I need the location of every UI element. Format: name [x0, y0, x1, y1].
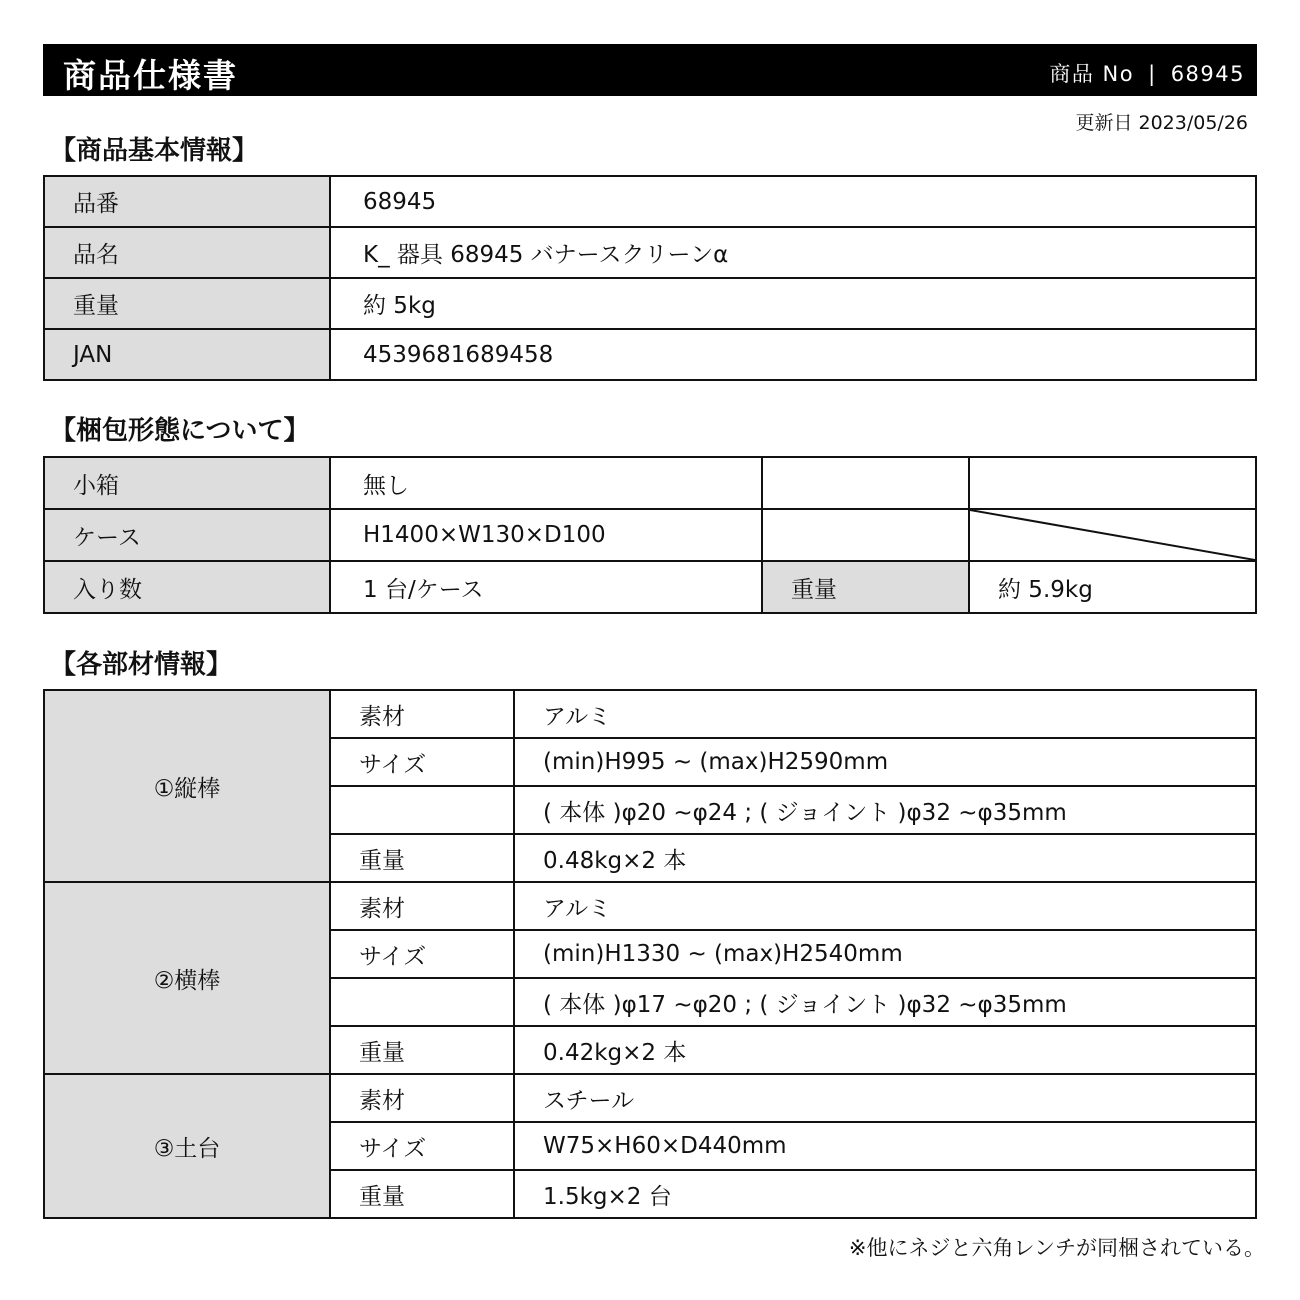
attr-label-cell: サイズ: [330, 738, 514, 786]
attr-label-cell: サイズ: [330, 1122, 514, 1170]
value-cell-weight: 約 5.9kg: [969, 561, 1256, 613]
table-row: ①縦棒 素材 アルミ: [44, 690, 1256, 738]
attr-value-cell: (min)H995 ~ (max)H2590mm: [514, 738, 1256, 786]
table-row: 品番 68945: [44, 176, 1256, 227]
attr-value-cell: W75×H60×D440mm: [514, 1122, 1256, 1170]
attr-label-cell: 素材: [330, 1074, 514, 1122]
attr-value-cell: アルミ: [514, 882, 1256, 930]
parts-table: ①縦棒 素材 アルミ サイズ (min)H995 ~ (max)H2590mm …: [43, 689, 1257, 1219]
attr-value-cell: 1.5kg×2 台: [514, 1170, 1256, 1218]
separator: |: [1148, 62, 1157, 86]
attr-label-cell: 重量: [330, 1026, 514, 1074]
table-row: 品名 K_ 器具 68945 バナースクリーンα: [44, 227, 1256, 278]
value-cell: K_ 器具 68945 バナースクリーンα: [330, 227, 1256, 278]
table-row: 入り数 1 台/ケース 重量 約 5.9kg: [44, 561, 1256, 613]
header-bar: 商品仕様書 商品 No|68945: [43, 44, 1257, 96]
diagonal-strike-cell: [969, 509, 1256, 561]
label-cell: 入り数: [44, 561, 330, 613]
value-cell: H1400×W130×D100: [330, 509, 762, 561]
empty-cell: [762, 457, 969, 509]
attr-label-cell: 重量: [330, 1170, 514, 1218]
table-row: ③土台 素材 スチール: [44, 1074, 1256, 1122]
part-name-cell: ③土台: [44, 1074, 330, 1218]
label-cell: 重量: [44, 278, 330, 329]
product-number-label: 商品 No: [1049, 62, 1134, 86]
attr-value-cell: スチール: [514, 1074, 1256, 1122]
attr-label-cell: 素材: [330, 882, 514, 930]
table-row: ②横棒 素材 アルミ: [44, 882, 1256, 930]
value-cell: 約 5kg: [330, 278, 1256, 329]
table-row: JAN 4539681689458: [44, 329, 1256, 380]
label-cell: 品名: [44, 227, 330, 278]
packaging-table: 小箱 無し ケース H1400×W130×D100 入り数 1 台/ケース 重量…: [43, 456, 1257, 614]
value-cell: 68945: [330, 176, 1256, 227]
attr-label-cell: 重量: [330, 834, 514, 882]
table-row: ケース H1400×W130×D100: [44, 509, 1256, 561]
product-number: 商品 No|68945: [1049, 58, 1245, 88]
part-name-cell: ①縦棒: [44, 690, 330, 882]
section-title-basic-info: 【商品基本情報】: [50, 130, 258, 167]
attr-label-cell: [330, 978, 514, 1026]
value-cell: 1 台/ケース: [330, 561, 762, 613]
section-title-parts: 【各部材情報】: [50, 644, 232, 681]
empty-cell: [969, 457, 1256, 509]
empty-cell: [762, 509, 969, 561]
attr-label-cell: [330, 786, 514, 834]
diagonal-line-icon: [970, 510, 1255, 560]
label-cell-weight: 重量: [762, 561, 969, 613]
attr-label-cell: サイズ: [330, 930, 514, 978]
updated-date: 更新日2023/05/26: [1075, 108, 1248, 135]
section-title-packaging: 【梱包形態について】: [50, 410, 309, 447]
updated-value: 2023/05/26: [1138, 112, 1248, 134]
attr-label-cell: 素材: [330, 690, 514, 738]
label-cell: ケース: [44, 509, 330, 561]
attr-value-cell: ( 本体 )φ20 ~φ24 ; ( ジョイント )φ32 ~φ35mm: [514, 786, 1256, 834]
value-cell: 4539681689458: [330, 329, 1256, 380]
table-row: 小箱 無し: [44, 457, 1256, 509]
updated-label: 更新日: [1075, 112, 1132, 134]
attr-value-cell: ( 本体 )φ17 ~φ20 ; ( ジョイント )φ32 ~φ35mm: [514, 978, 1256, 1026]
footnote: ※他にネジと六角レンチが同梱されている。: [849, 1232, 1265, 1262]
label-cell: JAN: [44, 329, 330, 380]
label-cell: 品番: [44, 176, 330, 227]
attr-value-cell: 0.42kg×2 本: [514, 1026, 1256, 1074]
basic-info-table: 品番 68945 品名 K_ 器具 68945 バナースクリーンα 重量 約 5…: [43, 175, 1257, 381]
attr-value-cell: アルミ: [514, 690, 1256, 738]
attr-value-cell: 0.48kg×2 本: [514, 834, 1256, 882]
label-cell: 小箱: [44, 457, 330, 509]
value-cell: 無し: [330, 457, 762, 509]
table-row: 重量 約 5kg: [44, 278, 1256, 329]
product-number-value: 68945: [1171, 62, 1245, 86]
attr-value-cell: (min)H1330 ~ (max)H2540mm: [514, 930, 1256, 978]
part-name-cell: ②横棒: [44, 882, 330, 1074]
page-title: 商品仕様書: [63, 50, 238, 97]
